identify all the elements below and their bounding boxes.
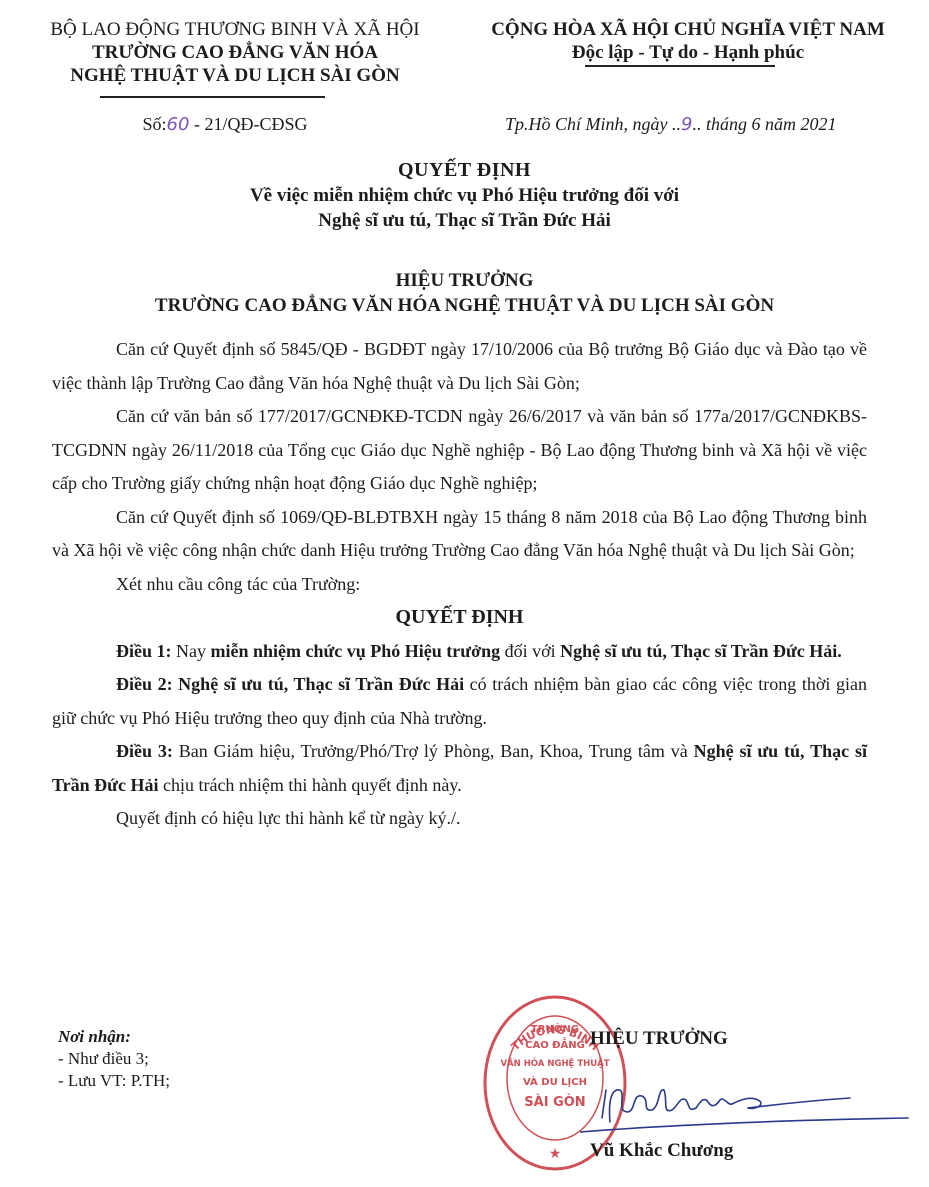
- issuing-agency: BỘ LAO ĐỘNG THƯƠNG BINH VÀ XÃ HỘI TRƯỜNG…: [30, 18, 440, 87]
- decision-subject-line1: Về việc miễn nhiệm chức vụ Phó Hiệu trưở…: [0, 183, 929, 208]
- authority-block: HIỆU TRƯỞNG TRƯỜNG CAO ĐẲNG VĂN HÓA NGHỆ…: [0, 268, 929, 318]
- effective-clause: Quyết định có hiệu lực thi hành kể từ ng…: [52, 802, 867, 836]
- document-number: Số:60 - 21/QĐ-CĐSG: [60, 114, 390, 135]
- national-header: CỘNG HÒA XÃ HỘI CHỦ NGHĨA VIỆT NAM Độc l…: [478, 18, 898, 64]
- authority-school: TRƯỜNG CAO ĐẲNG VĂN HÓA NGHỆ THUẬT VÀ DU…: [0, 293, 929, 318]
- header-right-underline: [585, 65, 775, 67]
- decision-body: Căn cứ Quyết định số 5845/QĐ - BGDĐT ngà…: [52, 333, 867, 836]
- authority-title: HIỆU TRƯỞNG: [0, 268, 929, 293]
- decision-subject-line2: Nghệ sĩ ưu tú, Thạc sĩ Trần Đức Hải: [0, 208, 929, 233]
- decision-heading: QUYẾT ĐỊNH: [0, 158, 929, 183]
- recipient-item: - Như điều 3;: [58, 1048, 170, 1070]
- school-name-line2: NGHỆ THUẬT VÀ DU LỊCH SÀI GÒN: [30, 64, 440, 87]
- svg-text:★: ★: [549, 1146, 562, 1162]
- national-motto: Độc lập - Tự do - Hạnh phúc: [478, 41, 898, 64]
- header-left-underline: [100, 96, 325, 98]
- article-2: Điều 2: Nghệ sĩ ưu tú, Thạc sĩ Trần Đức …: [52, 668, 867, 735]
- ministry-name: BỘ LAO ĐỘNG THƯƠNG BINH VÀ XÃ HỘI: [30, 18, 440, 41]
- school-name-line1: TRƯỜNG CAO ĐẲNG VĂN HÓA: [30, 41, 440, 64]
- article-1: Điều 1: Nay miễn nhiệm chức vụ Phó Hiệu …: [52, 635, 867, 669]
- recipients-heading: Nơi nhận:: [58, 1026, 170, 1048]
- recipient-item: - Lưu VT: P.TH;: [58, 1070, 170, 1092]
- article-3: Điều 3: Ban Giám hiệu, Trưởng/Phó/Trợ lý…: [52, 735, 867, 802]
- svg-text:SÀI GÒN: SÀI GÒN: [524, 1094, 585, 1110]
- handwritten-signature-icon: [580, 1060, 910, 1140]
- decision-title-block: QUYẾT ĐỊNH Về việc miễn nhiệm chức vụ Ph…: [0, 158, 929, 233]
- legal-basis-3: Căn cứ Quyết định số 1069/QĐ-BLĐTBXH ngà…: [52, 501, 867, 568]
- signer-title: HIỆU TRƯỞNG: [590, 1028, 728, 1050]
- recipients-block: Nơi nhận: - Như điều 3; - Lưu VT: P.TH;: [58, 1026, 170, 1092]
- legal-basis-2: Căn cứ văn bản số 177/2017/GCNĐKĐ-TCDN n…: [52, 400, 867, 501]
- decision-subheading: QUYẾT ĐỊNH: [52, 601, 867, 635]
- svg-text:VÀ DU LỊCH: VÀ DU LỊCH: [523, 1075, 587, 1088]
- legal-basis-1: Căn cứ Quyết định số 5845/QĐ - BGDĐT ngà…: [52, 333, 867, 400]
- consideration: Xét nhu cầu công tác của Trường:: [52, 568, 867, 602]
- country-name: CỘNG HÒA XÃ HỘI CHỦ NGHĨA VIỆT NAM: [478, 18, 898, 41]
- handwritten-number: 60: [167, 114, 190, 135]
- handwritten-day: 9: [681, 114, 692, 135]
- document-date: Tp.Hồ Chí Minh, ngày ..9.. tháng 6 năm 2…: [505, 114, 925, 135]
- signer-name: Vũ Khắc Chương: [590, 1140, 733, 1162]
- svg-text:TRƯỜNG: TRƯỜNG: [531, 1022, 579, 1035]
